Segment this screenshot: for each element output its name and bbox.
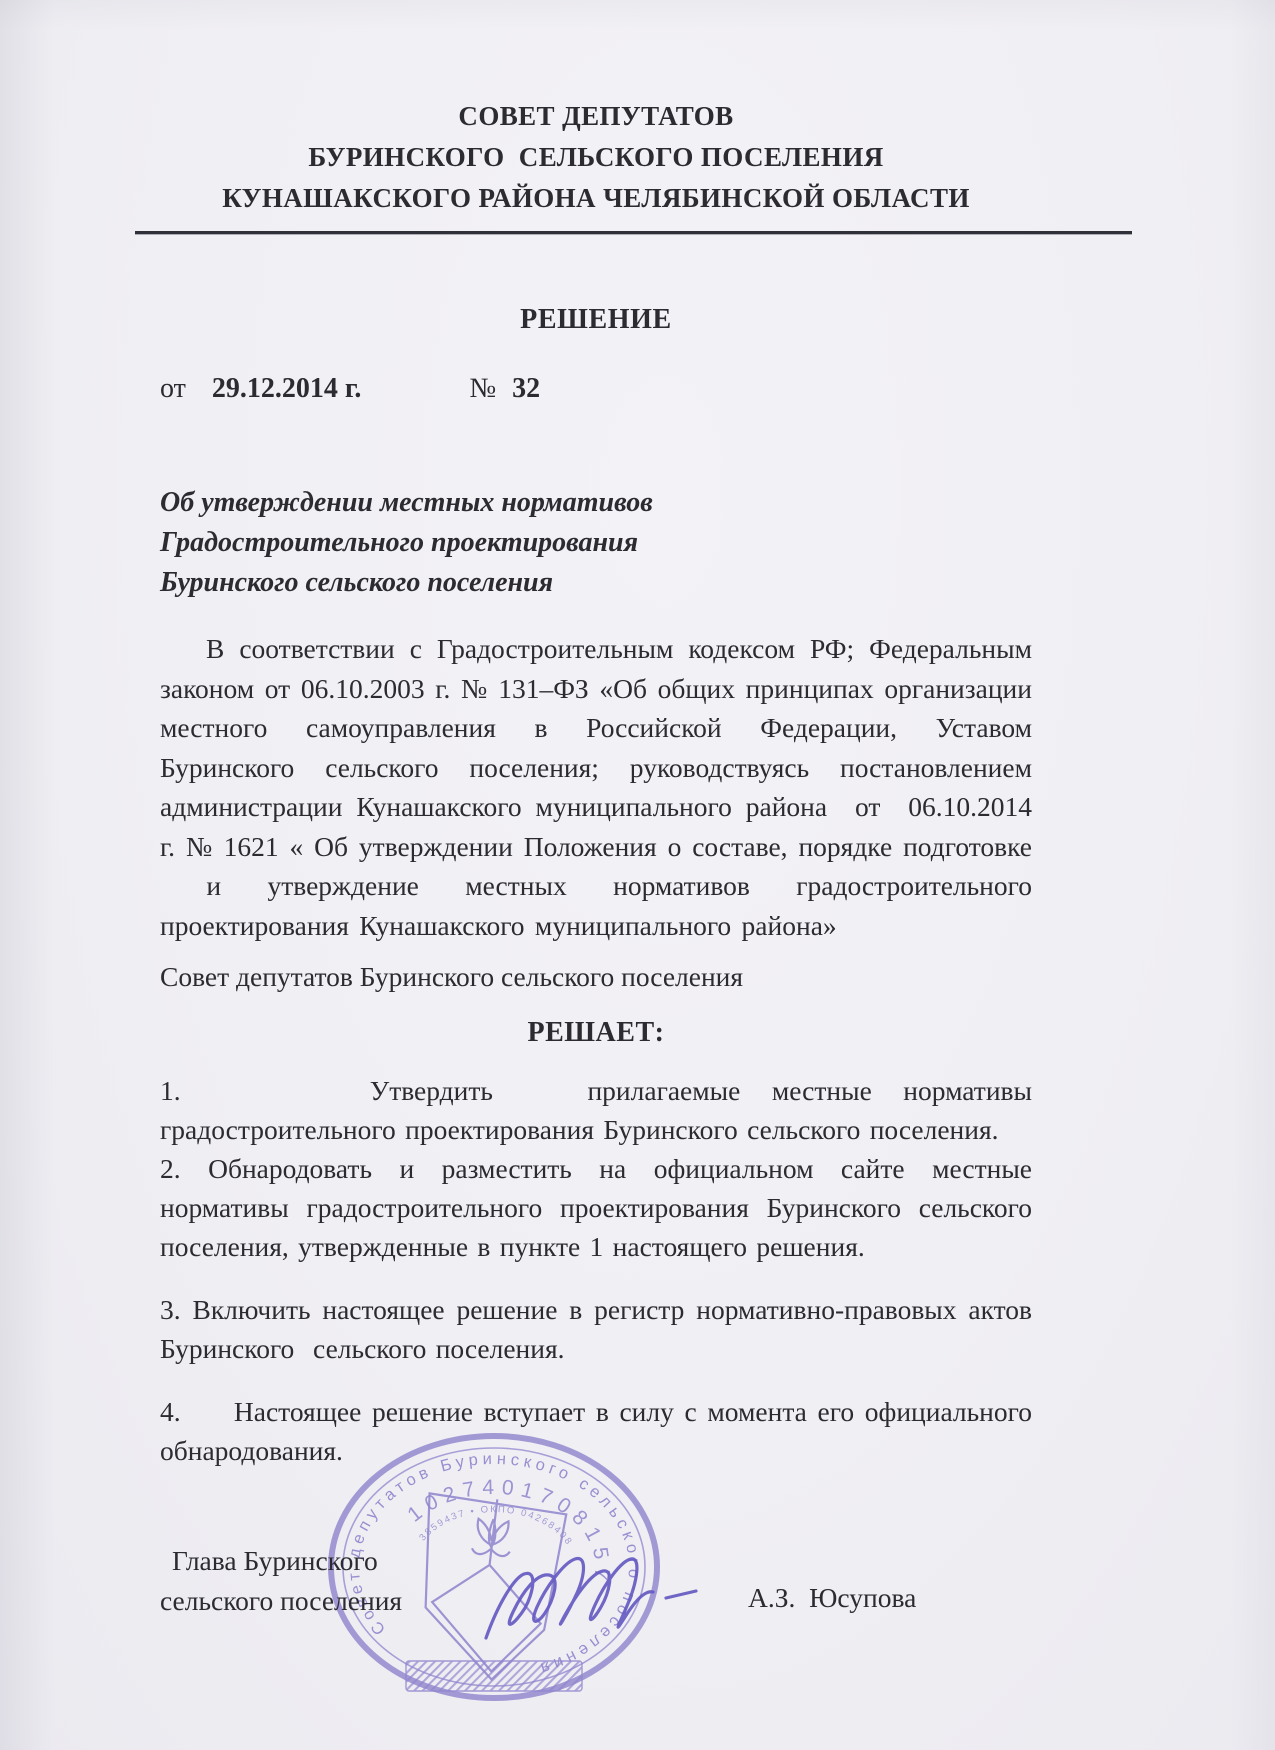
letterhead-line3: КУНАШАКСКОГО РАЙОНА ЧЕЛЯБИНСКОЙ ОБЛАСТИ	[160, 178, 1032, 219]
resolution-item-2: 2. Обнародовать и разместить на официаль…	[160, 1149, 1032, 1266]
signatory-position-line1: Глава Буринского	[160, 1541, 402, 1581]
stamp-banner	[406, 1661, 582, 1691]
signatory-name: А.З. Юсупова	[748, 1582, 916, 1614]
date-number-line: от29.12.2014 г.№32	[160, 373, 1032, 405]
resolution-item-3: 3. Включить настоящее решение в регистр …	[160, 1290, 1032, 1368]
subject-line1: Об утверждении местных нормативов	[160, 483, 1032, 523]
subject-line3: Буринского сельского поселения	[160, 563, 1032, 603]
document-number: 32	[512, 373, 540, 404]
resolves-heading: РЕШАЕТ:	[160, 1017, 1032, 1049]
subject-block: Об утверждении местных нормативов Градос…	[160, 483, 1032, 603]
signatory-position: Глава Буринского сельского поселения	[160, 1541, 402, 1621]
letterhead-line2: БУРИНСКОГО СЕЛЬСКОГО ПОСЕЛЕНИЯ	[160, 137, 1032, 178]
document-type-heading: РЕШЕНИЕ	[160, 304, 1032, 336]
resolution-item-1: 1. Утвердить прилагаемые местные нормати…	[160, 1071, 1032, 1149]
number-sign: №	[469, 373, 496, 404]
subject-line2: Градостроительного проектирования	[160, 523, 1032, 563]
preamble-paragraph: В соответствии с Градостроительным кодек…	[160, 629, 1032, 945]
document-date: 29.12.2014 г.	[212, 373, 362, 404]
letterhead-line1: СОВЕТ ДЕПУТАТОВ	[160, 96, 1032, 137]
signatory-position-line2: сельского поселения	[160, 1581, 402, 1621]
scanned-document-page: СОВЕТ ДЕПУТАТОВ БУРИНСКОГО СЕЛЬСКОГО ПОС…	[0, 0, 1275, 1750]
handwritten-signature	[478, 1546, 714, 1658]
letterhead: СОВЕТ ДЕПУТАТОВ БУРИНСКОГО СЕЛЬСКОГО ПОС…	[160, 96, 1032, 219]
letterhead-divider	[135, 231, 1132, 234]
council-line: Совет депутатов Буринского сельского пос…	[160, 961, 1032, 993]
document-body: СОВЕТ ДЕПУТАТОВ БУРИНСКОГО СЕЛЬСКОГО ПОС…	[0, 0, 1275, 1470]
date-from-label: от	[160, 373, 186, 404]
